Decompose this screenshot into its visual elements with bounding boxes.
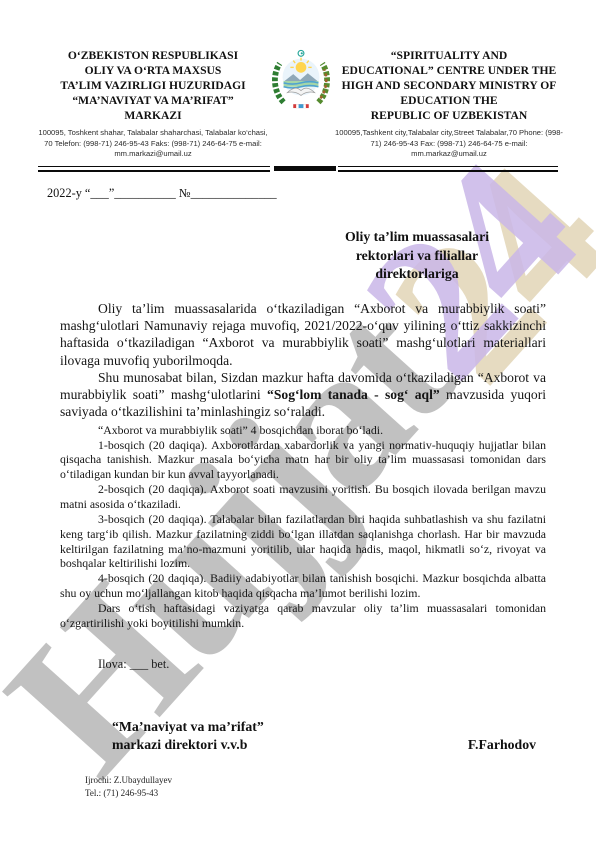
header-separator (38, 165, 558, 173)
signer-title-line: “Ma’naviyat va ma’rifat” (112, 718, 264, 737)
org-title-en-line: HIGH AND SECONDARY MINISTRY OF (332, 78, 566, 93)
paragraph-bold-phrase: “Sog‘lom tanada - sog‘ aql” (267, 387, 440, 402)
addressee-line: Oliy ta’lim muassasalari (286, 228, 548, 247)
date-number-line: 2022-y “___”__________ №______________ (47, 186, 596, 201)
footer-contact: Ijrochi: Z.Ubaydullayev Tel.: (71) 246-9… (85, 774, 172, 799)
org-title-en-line: REPUBLIC OF UZBEKISTAN (332, 108, 566, 123)
body-paragraph: 2-bosqich (20 daqiqa). Axborot soati mav… (60, 482, 546, 512)
letterhead: O‘ZBEKISTON RESPUBLIKASI OLIY VA O‘RTA M… (0, 0, 596, 159)
addressee-line: direktorlariga (286, 265, 548, 284)
addressee-block: Oliy ta’lim muassasalari rektorlari va f… (286, 228, 548, 284)
signer-name: F.Farhodov (468, 736, 536, 755)
attachment-line: Ilova: ___ bet. (60, 657, 546, 672)
org-title-uz-line: MARKAZI (36, 108, 270, 123)
separator-segment-middle (274, 166, 336, 171)
body-paragraph: “Axborot va murabbiylik soati” 4 bosqich… (60, 423, 546, 438)
signer-title: “Ma’naviyat va ma’rifat” markazi direkto… (112, 718, 264, 755)
body-paragraph: 1-bosqich (20 daqiqa). Axborotlardan xab… (60, 438, 546, 483)
body-paragraph: Oliy ta’lim muassasalarida o‘tkaziladiga… (60, 300, 546, 369)
addressee-line: rektorlari va filiallar (286, 247, 548, 266)
org-title-uz: O‘ZBEKISTON RESPUBLIKASI OLIY VA O‘RTA M… (36, 48, 270, 123)
org-title-uz-line: OLIY VA O‘RTA MAXSUS (36, 63, 270, 78)
executor-line: Ijrochi: Z.Ubaydullayev (85, 774, 172, 787)
body-paragraph: Shu munosabat bilan, Sizdan mazkur hafta… (60, 369, 546, 421)
signer-title-line: markazi direktori v.v.b (112, 736, 264, 755)
org-address-en: 100095,Tashkent city,Talabalar city,Stre… (332, 128, 566, 159)
executor-phone: Tel.: (71) 246-95-43 (85, 787, 172, 800)
emblem-container (270, 48, 332, 110)
org-title-en-line: “SPIRITUALITY AND (332, 48, 566, 63)
letterhead-left: O‘ZBEKISTON RESPUBLIKASI OLIY VA O‘RTA M… (36, 48, 270, 159)
org-title-uz-line: O‘ZBEKISTON RESPUBLIKASI (36, 48, 270, 63)
org-title-en-line: EDUCATIONAL” CENTRE UNDER THE (332, 63, 566, 78)
body-paragraph: 4-bosqich (20 daqiqa). Badiiy adabiyotla… (60, 571, 546, 601)
org-title-en-line: EDUCATION THE (332, 93, 566, 108)
letter-body: Oliy ta’lim muassasalarida o‘tkaziladiga… (60, 300, 546, 631)
separator-segment-right (338, 166, 558, 172)
letter-page: Hujjat24 O‘ZBEKISTON RESPUBLIKASI OLIY V… (0, 0, 596, 842)
org-title-en: “SPIRITUALITY AND EDUCATIONAL” CENTRE UN… (332, 48, 566, 123)
body-paragraph: 3-bosqich (20 daqiqa). Talabalar bilan f… (60, 512, 546, 571)
org-title-uz-line: TA’LIM VAZIRLIGI HUZURIDAGI (36, 78, 270, 93)
body-paragraph: Dars o‘tish haftasidagi vaziyatga qarab … (60, 601, 546, 631)
org-title-uz-line: “MA’NAVIYAT VA MA’RIFAT” (36, 93, 270, 108)
letterhead-right: “SPIRITUALITY AND EDUCATIONAL” CENTRE UN… (332, 48, 566, 159)
org-address-uz: 100095, Toshkent shahar, Talabalar shaha… (36, 128, 270, 159)
separator-segment-left (38, 166, 270, 172)
signature-block: “Ma’naviyat va ma’rifat” markazi direkto… (112, 718, 536, 755)
uzbekistan-state-emblem (270, 48, 332, 110)
